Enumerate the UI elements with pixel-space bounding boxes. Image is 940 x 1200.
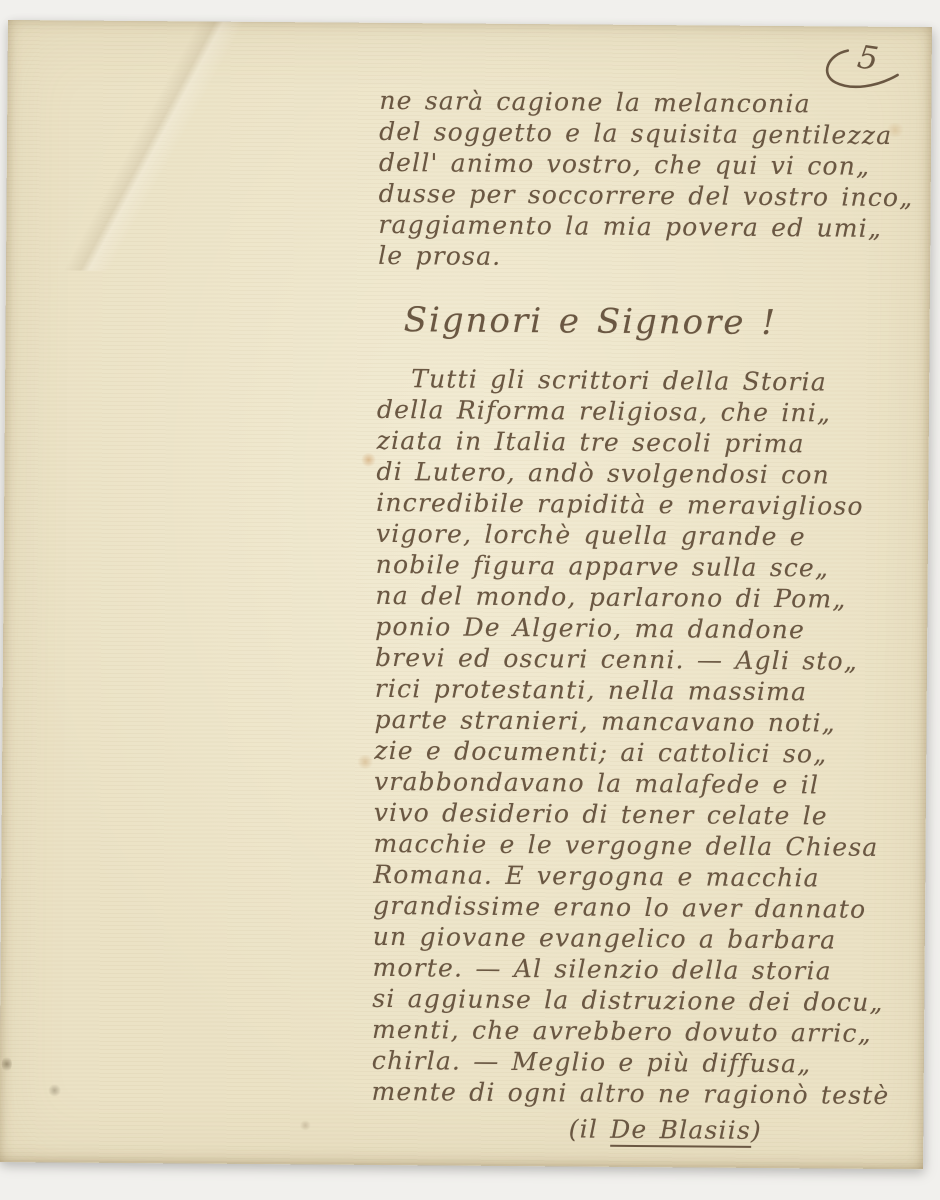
- foxing-stain: [48, 1084, 62, 1096]
- manuscript-line: rici protestanti, nella massima: [375, 673, 923, 708]
- manuscript-line: raggiamento la mia povera ed umi„: [378, 209, 926, 244]
- manuscript-line: mente di ogni altro ne ragionò testè: [371, 1076, 919, 1111]
- foxing-stain: [299, 1120, 311, 1130]
- manuscript-line: si aggiunse la distruzione dei docu„: [372, 983, 920, 1018]
- attribution-suffix: ): [751, 1116, 762, 1145]
- paragraph-body: Tutti gli scrittori della Storiadella Ri…: [371, 363, 925, 1111]
- manuscript-line: Romana. E vergogna e macchia: [373, 859, 921, 894]
- manuscript-line: di Lutero, andò svolgendosi con: [376, 456, 924, 491]
- manuscript-line: brevi ed oscuri cenni. — Agli sto„: [375, 642, 923, 677]
- manuscript-line: grandissime erano lo aver dannato: [373, 890, 921, 925]
- manuscript-line: parte stranieri, mancavano noti„: [374, 704, 922, 739]
- attribution-prefix: (il: [569, 1114, 611, 1143]
- manuscript-line: morte. — Al silenzio della storia: [372, 952, 920, 987]
- attribution-name: De Blasiis: [610, 1115, 751, 1148]
- manuscript-line: dell' animo vostro, che qui vi con„: [379, 147, 927, 182]
- manuscript-line: menti, che avrebbero dovuto arric„: [372, 1014, 920, 1049]
- manuscript-line: ne sarà cagione la melanconia: [379, 85, 927, 120]
- manuscript-line: na del mondo, parlarono di Pom„: [375, 580, 923, 615]
- foxing-stain: [361, 453, 377, 467]
- manuscript-line: un giovane evangelico a barbara: [373, 921, 921, 956]
- manuscript-line: vrabbondavano la malafede e il: [374, 766, 922, 801]
- manuscript-line: vigore, lorchè quella grande e: [376, 518, 924, 553]
- handwritten-text-column: ne sarà cagione la melanconiadel soggett…: [371, 85, 927, 1149]
- attribution-line: (il De Blasiis): [371, 1111, 919, 1149]
- photo-background: 5 ne sarà cagione la melanconiadel sogge…: [0, 0, 940, 1200]
- paper-crease: [6, 20, 298, 272]
- manuscript-line: del soggetto e la squisita gentilezza: [379, 116, 927, 151]
- manuscript-line: ziata in Italia tre secoli prima: [377, 425, 925, 460]
- manuscript-line: incredibile rapidità e meraviglioso: [376, 487, 924, 522]
- manuscript-line: ponio De Algerio, ma dandone: [375, 611, 923, 646]
- manuscript-page: 5 ne sarà cagione la melanconiadel sogge…: [0, 20, 932, 1169]
- manuscript-line: nobile figura apparve sulla sce„: [376, 549, 924, 584]
- manuscript-line: zie e documenti; ai cattolici so„: [374, 735, 922, 770]
- salutation-heading: Signori e Signore !: [403, 297, 925, 347]
- manuscript-line: le prosa.: [378, 240, 926, 275]
- manuscript-line: macchie e le vergogne della Chiesa: [373, 828, 921, 863]
- manuscript-line: Tutti gli scrittori della Storia: [377, 363, 925, 398]
- paragraph-opening: ne sarà cagione la melanconiadel soggett…: [378, 85, 927, 275]
- manuscript-line: dusse per soccorrere del vostro inco„: [379, 178, 927, 213]
- manuscript-line: chirla. — Meglio e più diffusa„: [372, 1045, 920, 1080]
- foxing-stain: [356, 755, 374, 769]
- manuscript-line: della Riforma religiosa, che ini„: [377, 394, 925, 429]
- foxing-stain: [2, 1056, 12, 1072]
- manuscript-line: vivo desiderio di tener celate le: [374, 797, 922, 832]
